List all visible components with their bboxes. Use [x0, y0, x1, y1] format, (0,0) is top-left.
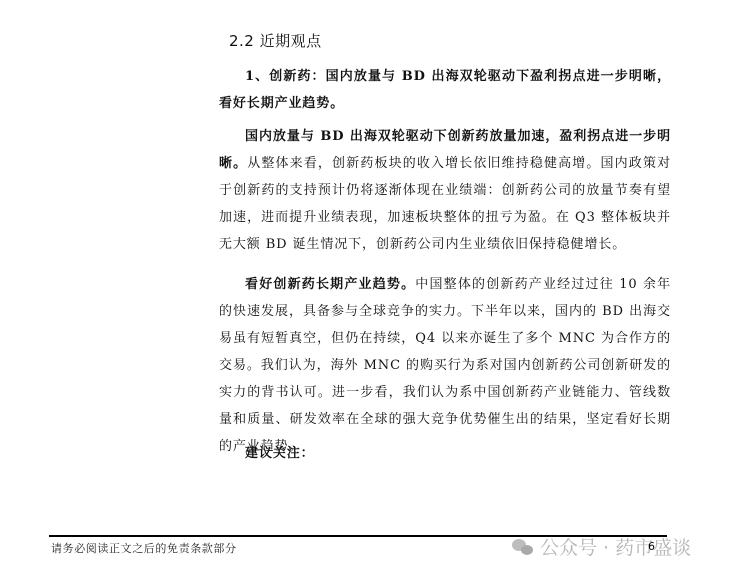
recommendation-label: 建议关注： — [219, 440, 671, 467]
paragraph-1-title: 1、创新药：国内放量与 BD 出海双轮驱动下盈利拐点进一步明晰，看好长期产业趋势… — [219, 63, 671, 117]
paragraph-3-lead: 看好创新药长期产业趋势。 — [245, 277, 415, 292]
paragraph-3-body: 中国整体的创新药产业经过过往 10 余年的快速发展，具备参与全球竞争的实力。下半… — [219, 277, 671, 454]
paragraph-4: 建议关注： — [219, 440, 671, 467]
page-number: 6 — [648, 540, 655, 553]
watermark-text: 公众号 · 药市盛谈 — [540, 533, 691, 560]
footer-disclaimer: 请务必阅读正文之后的免责条款部分 — [51, 540, 237, 556]
wechat-icon — [512, 538, 536, 556]
paragraph-1: 1、创新药：国内放量与 BD 出海双轮驱动下盈利拐点进一步明晰，看好长期产业趋势… — [219, 63, 671, 117]
watermark: 公众号 · 药市盛谈 — [512, 533, 691, 560]
section-heading: 2.2 近期观点 — [229, 30, 322, 51]
paragraph-2-body: 从整体来看，创新药板块的收入增长依旧维持稳健高增。国内政策对于创新药的支持预计仍… — [219, 156, 671, 252]
paragraph-2: 国内放量与 BD 出海双轮驱动下创新药放量加速，盈利拐点进一步明晰。从整体来看，… — [219, 123, 671, 258]
paragraph-3: 看好创新药长期产业趋势。中国整体的创新药产业经过过往 10 余年的快速发展，具备… — [219, 271, 671, 460]
